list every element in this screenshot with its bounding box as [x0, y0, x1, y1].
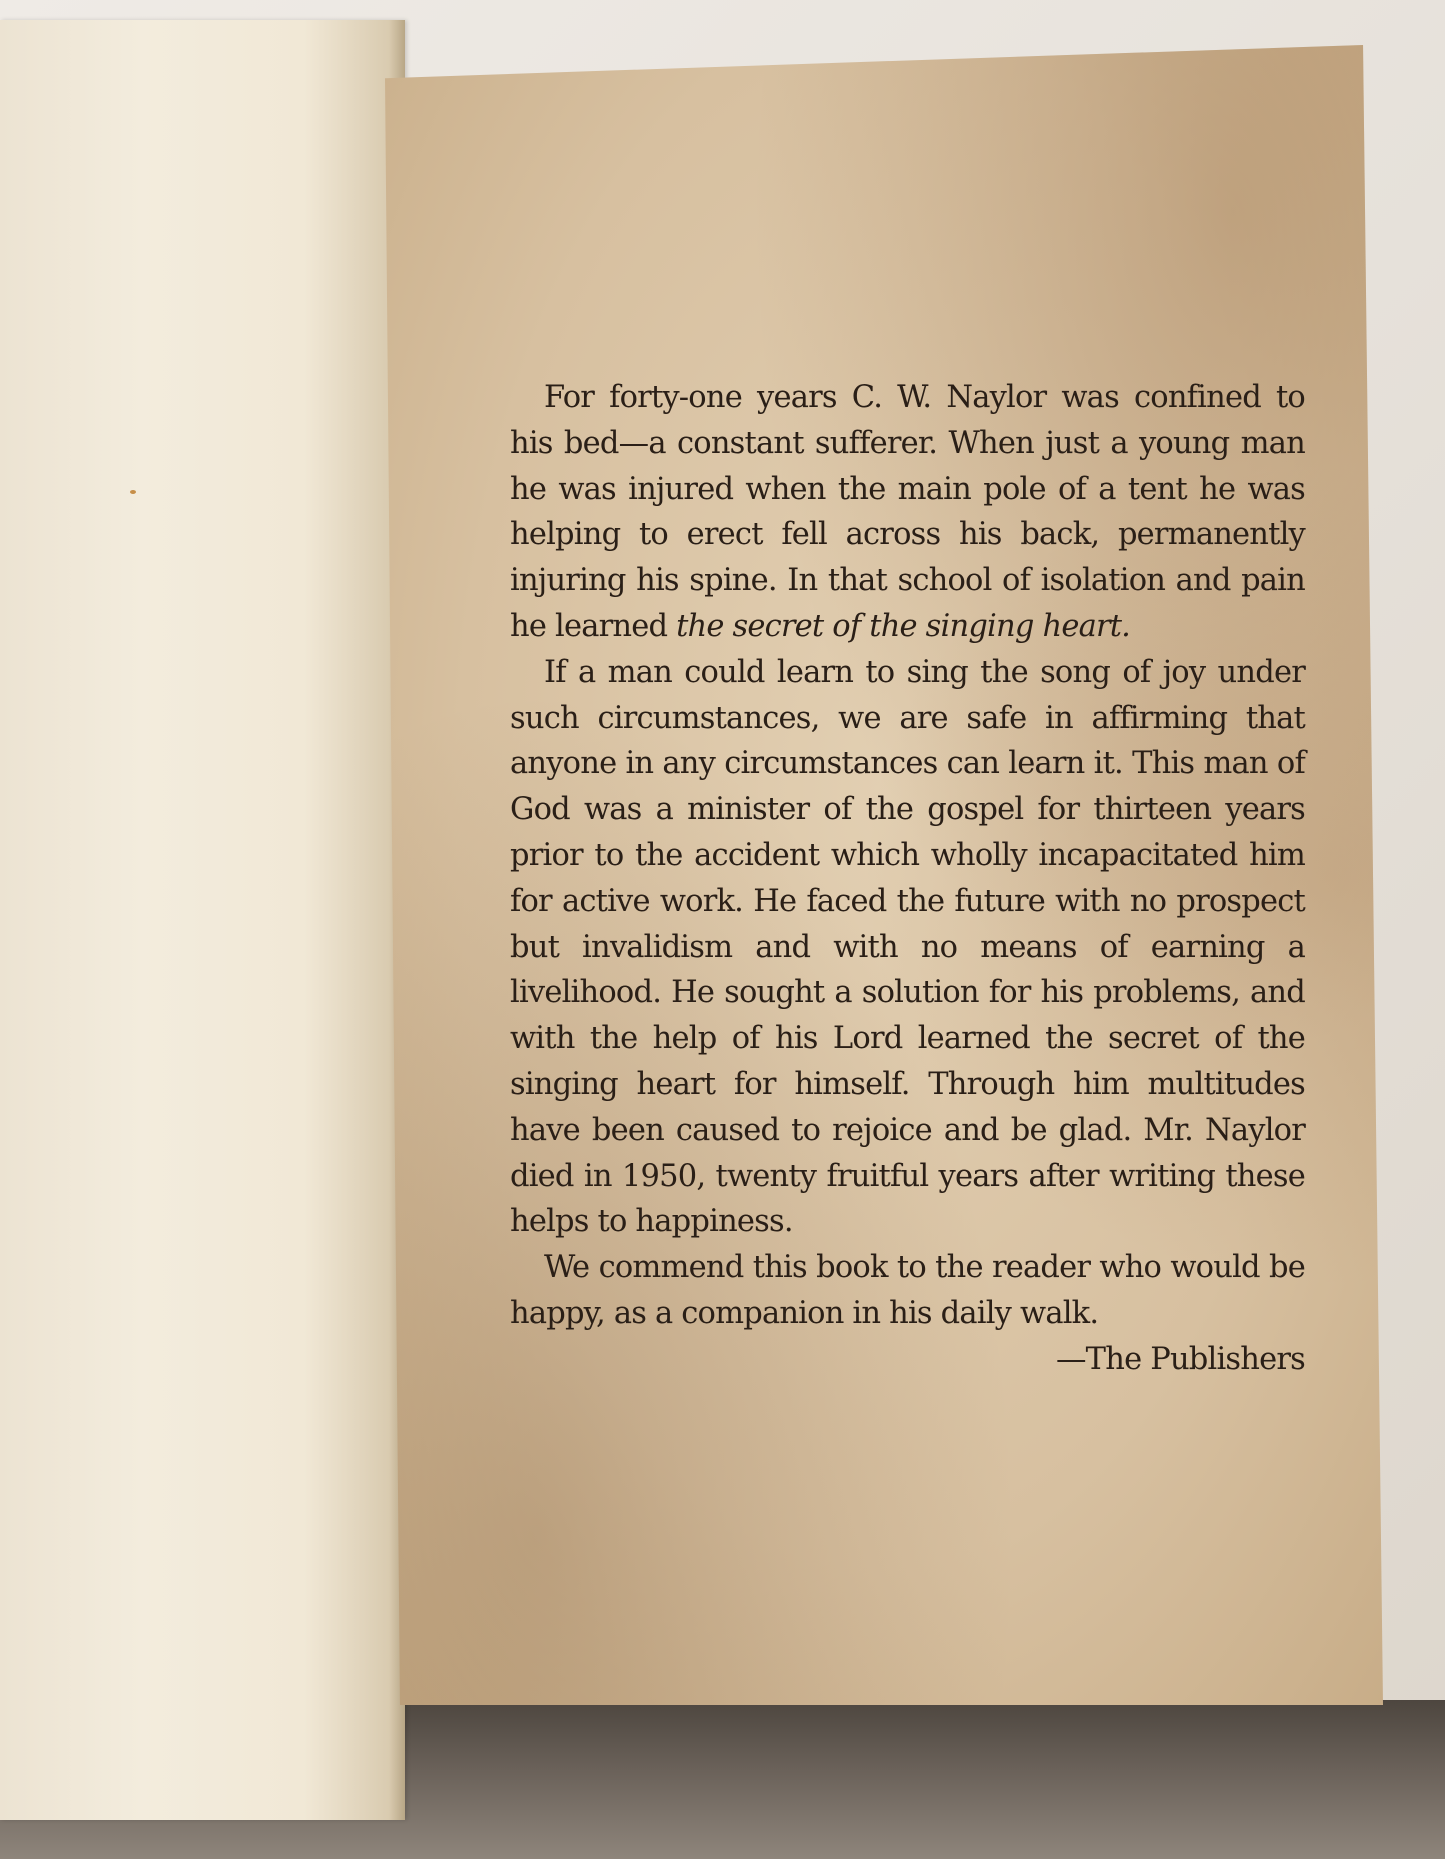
paragraph-3: We commend this book to the reader who w… [510, 1245, 1305, 1337]
publisher-preface-text: For forty-one years C. W. Naylor was con… [510, 375, 1305, 1383]
paragraph-2: If a man could learn to sing the song of… [510, 650, 1305, 1245]
paragraph-1: For forty-one years C. W. Naylor was con… [510, 375, 1305, 650]
paragraph-1-italic: the secret of the singing heart. [676, 609, 1130, 644]
signature: —The Publishers [510, 1337, 1305, 1383]
paper-speck [130, 490, 136, 494]
paragraph-1-text: For forty-one years C. W. Naylor was con… [510, 380, 1305, 644]
left-blank-page [0, 20, 405, 1820]
